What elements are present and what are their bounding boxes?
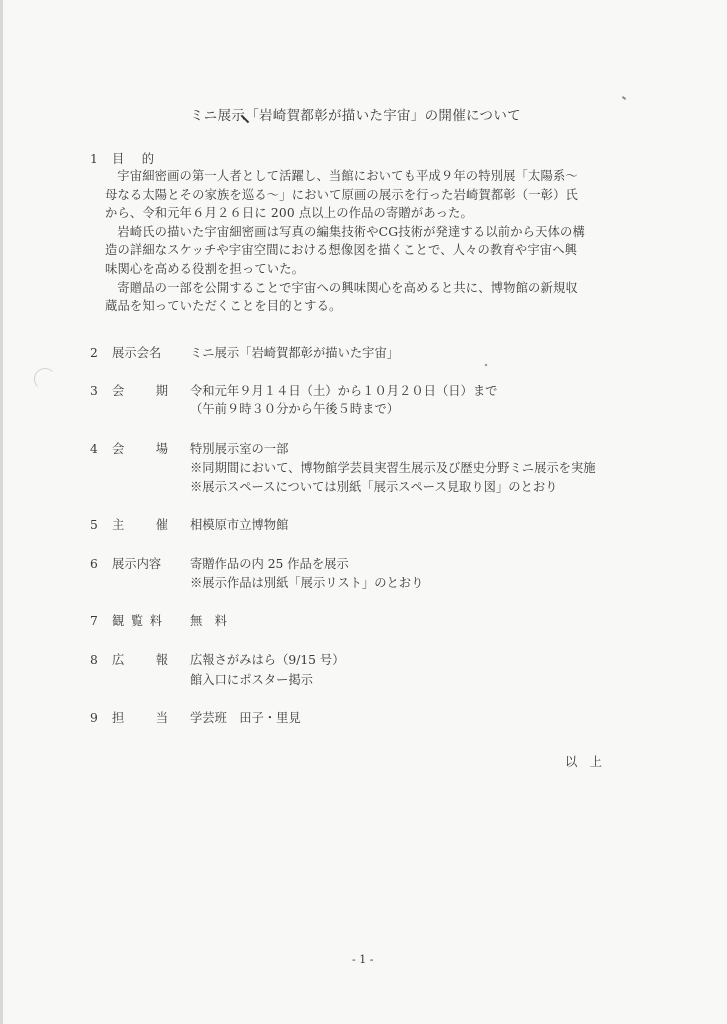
section-label: 展示内容 [112, 555, 161, 573]
section-number: 9 [90, 709, 98, 727]
opening-hours: （午前９時３０分から午後５時まで） [190, 400, 399, 418]
venue-note-2: ※展示スペースについては別紙「展示スペース見取り図」のとおり [190, 478, 557, 496]
scan-speck [622, 96, 626, 100]
section-label: 担 当 [112, 709, 168, 727]
person-in-charge: 学芸班 田子・里見 [190, 709, 301, 727]
section-label: 会 場 [112, 440, 168, 458]
page-number: - 1 - [352, 953, 373, 966]
section-label: 会 期 [112, 382, 168, 400]
exhibition-name: ミニ展示「岩崎賀都彰が描いた宇宙」 [190, 344, 399, 362]
purpose-paragraph-2: 岩崎氏の描いた宇宙細密画は写真の編集技術やCG技術が発達する以前から天体の構 造… [105, 223, 650, 279]
purpose-paragraph-3: 寄贈品の一部を公開することで宇宙への興味関心を高めると共に、博物館の新規収 蔵品… [105, 279, 650, 316]
exhibit-content: 寄贈作品の内 25 作品を展示 [190, 555, 349, 573]
admission-fee: 無 料 [190, 612, 227, 630]
section-number: 3 [90, 382, 98, 400]
section-number: 7 [90, 612, 98, 630]
section-label: 展示会名 [112, 344, 161, 362]
section-number: 5 [90, 516, 98, 534]
section-1-body: 宇宙細密画の第一人者として活躍し、当館においても平成９年の特別展「太陽系～ 母な… [105, 167, 650, 316]
section-number: 2 [90, 344, 98, 362]
section-label: 広 報 [112, 651, 168, 669]
scan-speck [485, 364, 488, 367]
exhibit-content-note: ※展示作品は別紙「展示リスト」のとおり [190, 574, 423, 592]
punch-hole-mark [34, 368, 56, 390]
publicity-2: 館入口にポスター掲示 [190, 671, 313, 689]
section-label: 目 的 [112, 150, 154, 168]
section-label: 観 覧 料 [112, 612, 162, 630]
section-number: 6 [90, 555, 98, 573]
publicity-1: 広報さがみはら（9/15 号） [190, 651, 345, 669]
venue: 特別展示室の一部 [190, 440, 288, 458]
section-number: 1 [90, 150, 98, 168]
document-title: ミニ展示「岩崎賀都彰が描いた宇宙」の開催について [190, 104, 550, 124]
purpose-paragraph-1: 宇宙細密画の第一人者として活躍し、当館においても平成９年の特別展「太陽系～ 母な… [105, 167, 650, 223]
document-page: ミニ展示「岩崎賀都彰が描いた宇宙」の開催について 1 目 的 宇宙細密画の第一人… [0, 0, 727, 1024]
organizer: 相模原市立博物館 [190, 516, 288, 534]
scan-edge [0, 0, 3, 1024]
exhibition-period: 令和元年９月１４日（土）から１０月２０日（日）まで [190, 382, 497, 400]
section-number: 4 [90, 440, 98, 458]
venue-note-1: ※同期間において、博物館学芸員実習生展示及び歴史分野ミニ展示を実施 [190, 459, 596, 477]
section-label: 主 催 [112, 516, 168, 534]
closing-mark: 以 上 [565, 752, 602, 770]
section-number: 8 [90, 651, 98, 669]
